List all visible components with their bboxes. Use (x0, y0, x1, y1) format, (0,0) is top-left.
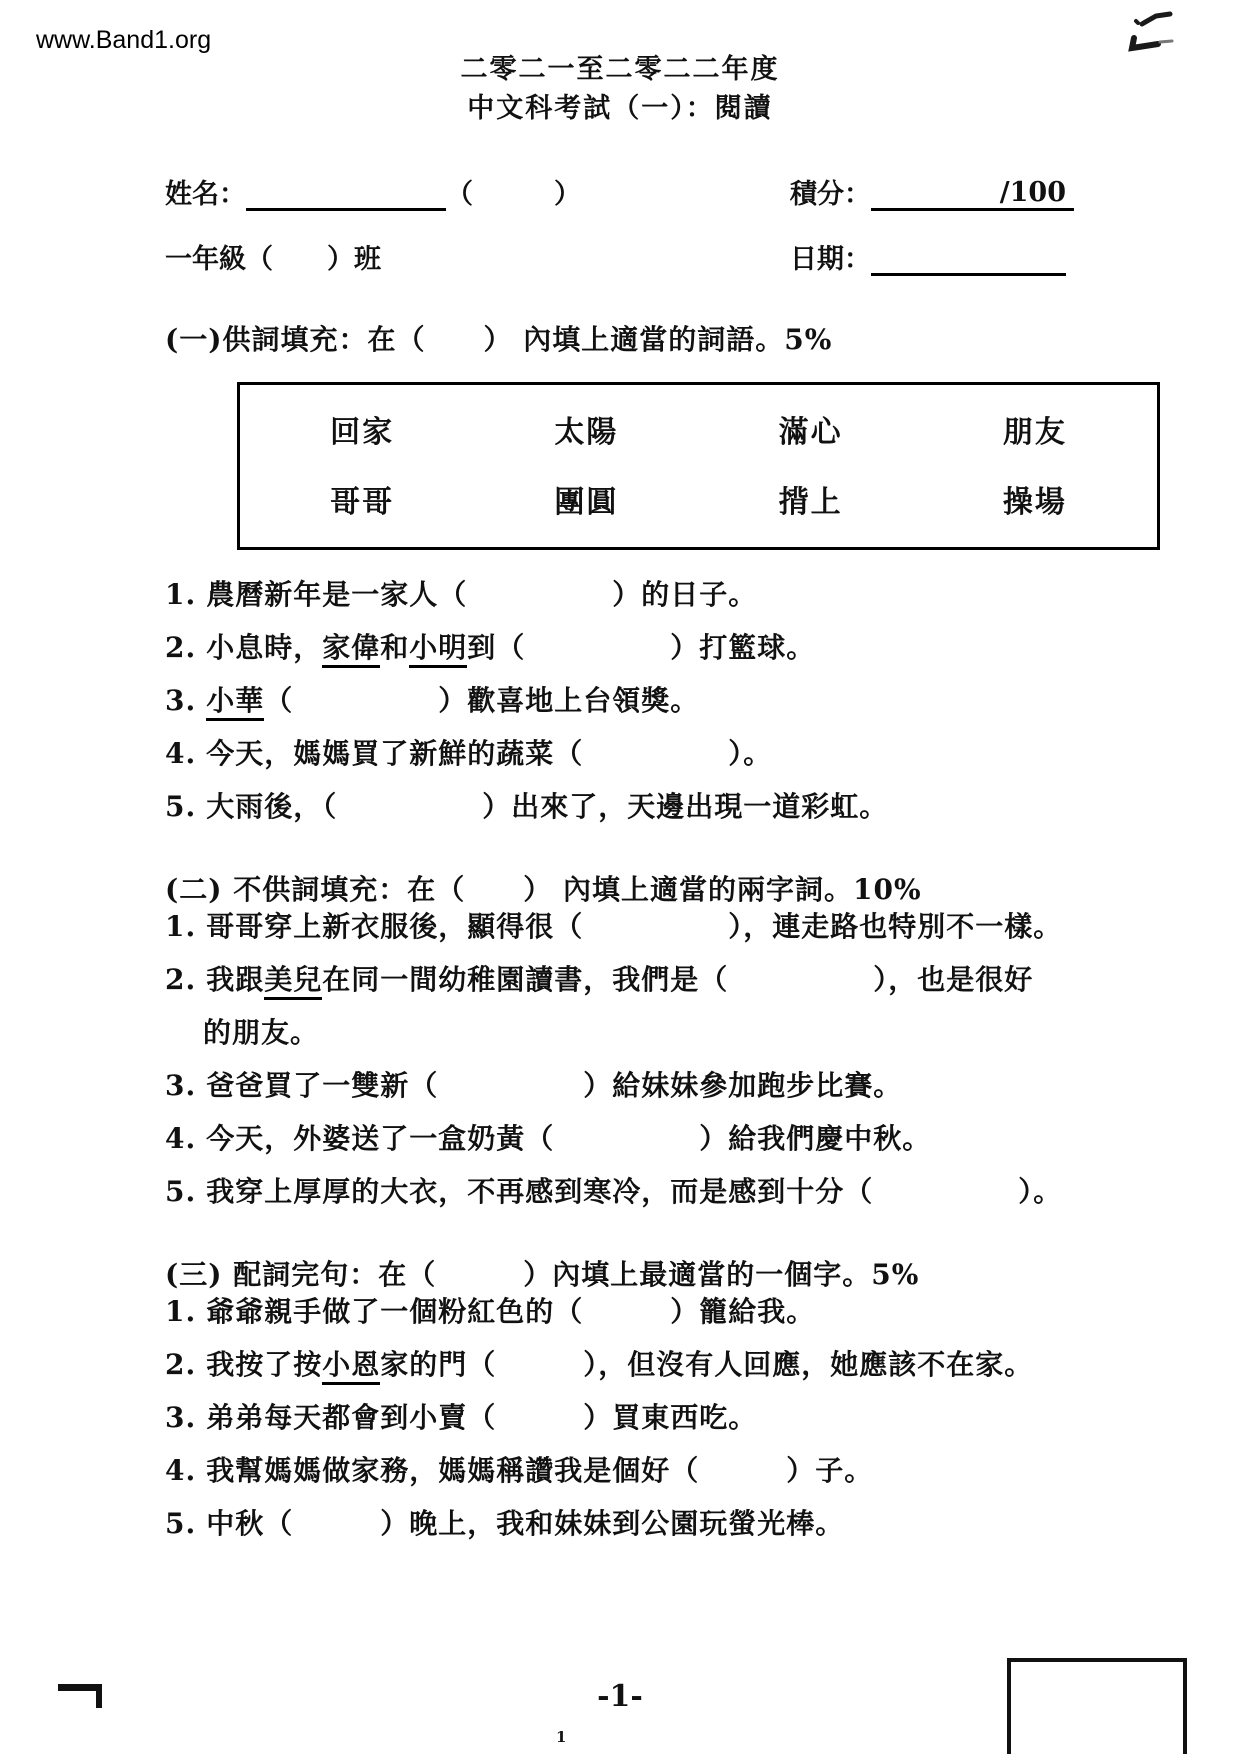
question-text: 我跟 (206, 963, 264, 996)
underlined-name: 小明 (409, 631, 467, 668)
question-number: 5. (165, 1175, 196, 1208)
question-line: 4.今天，外婆送了一盒奶黃（ ）給我們慶中秋。 (165, 1120, 1180, 1158)
word-bank-item: 回家 (330, 407, 394, 451)
word-bank-box: 回家太陽滿心朋友哥哥團圓揹上操場 (237, 382, 1160, 550)
question-line: 5.我穿上厚厚的大衣，不再感到寒冷，而是感到十分（ ）。 (165, 1173, 1180, 1211)
word-bank-item: 哥哥 (330, 477, 394, 521)
section-heading: (三) 配詞完句：在（ ）內填上最適當的一個字。5% (165, 1253, 1180, 1293)
question-line: 3.弟弟每天都會到小賣（ ）買東西吃。 (165, 1399, 1180, 1437)
word-bank-row: 回家太陽滿心朋友 (250, 407, 1147, 451)
word-bank-item: 操場 (1003, 477, 1067, 521)
score-label: 積分： (790, 172, 871, 211)
section-2: (二) 不供詞填充：在（ ） 內填上適當的兩字詞。10%1.哥哥穿上新衣服後，顯… (165, 868, 1180, 1211)
question-line: 5.大雨後，（ ）出來了，天邊出現一道彩虹。 (165, 788, 1180, 826)
question-number: 5. (165, 790, 196, 823)
exam-title: 二零二一至二零二二年度 中文科考試（一）：閱讀 (0, 0, 1240, 128)
page-number-small: 1 (556, 1728, 566, 1746)
date-blank-line (871, 242, 1066, 276)
question-number: 4. (165, 1122, 196, 1155)
question-text: 大雨後，（ ）出來了，天邊出現一道彩虹。 (206, 790, 888, 823)
question-text: 哥哥穿上新衣服後，顯得很（ ），連走路也特別不一樣。 (206, 910, 1062, 943)
question-text: 爺爺親手做了一個粉紅色的（ ）籠給我。 (206, 1295, 815, 1328)
question-line: 1.爺爺親手做了一個粉紅色的（ ）籠給我。 (165, 1293, 1180, 1331)
date-field: 日期： (790, 237, 1180, 276)
score-field: 積分： /100 (790, 172, 1180, 211)
exam-title-subject: 中文科考試（一）：閱讀 (0, 89, 1240, 128)
section-3: (三) 配詞完句：在（ ）內填上最適當的一個字。5%1.爺爺親手做了一個粉紅色的… (165, 1253, 1180, 1543)
question-line: 2.我跟美兒在同一間幼稚園讀書，我們是（ ），也是很好 (165, 961, 1180, 999)
question-number: 3. (165, 684, 196, 717)
section-1: (一)供詞填充：在（ ） 內填上適當的詞語。5%回家太陽滿心朋友哥哥團圓揹上操場… (165, 318, 1180, 826)
question-line: 3.爸爸買了一雙新（ ）給妹妹參加跑步比賽。 (165, 1067, 1180, 1105)
name-class-paren: （ ） (446, 172, 581, 211)
underlined-name: 家偉 (322, 631, 380, 668)
name-blank-line (246, 177, 446, 211)
class-label: 一年級（ ）班 (165, 237, 381, 276)
question-text: 我幫媽媽做家務，媽媽稱讚我是個好（ ）子。 (206, 1454, 873, 1487)
question-text: 到（ ）打籃球。 (467, 631, 815, 664)
scan-corner-mark (58, 1684, 102, 1708)
info-row-class-date: 一年級（ ）班 日期： (165, 237, 1180, 276)
question-text: 弟弟每天都會到小賣（ ）買東西吃。 (206, 1401, 757, 1434)
question-text: 農曆新年是一家人（ ）的日子。 (206, 578, 757, 611)
question-number: 2. (165, 631, 196, 664)
question-text: 小息時， (206, 631, 322, 664)
underlined-name: 小華 (206, 684, 264, 721)
question-line: 1.農曆新年是一家人（ ）的日子。 (165, 576, 1180, 614)
handwritten-mark-icon (1112, 10, 1182, 69)
word-bank-item: 朋友 (1003, 407, 1067, 451)
word-bank-item: 太陽 (554, 407, 618, 451)
class-field: 一年級（ ）班 (165, 237, 381, 276)
question-text: 今天，外婆送了一盒奶黃（ ）給我們慶中秋。 (206, 1122, 931, 1155)
section-heading: (一)供詞填充：在（ ） 內填上適當的詞語。5% (165, 318, 1180, 358)
question-number: 4. (165, 737, 196, 770)
question-number: 4. (165, 1454, 196, 1487)
question-text: 爸爸買了一雙新（ ）給妹妹參加跑步比賽。 (206, 1069, 902, 1102)
question-number: 2. (165, 1348, 196, 1381)
question-text: （ ）歡喜地上台領獎。 (264, 684, 699, 717)
question-text: 我按了按 (206, 1348, 322, 1381)
question-text: 今天，媽媽買了新鮮的蔬菜（ ）。 (206, 737, 772, 770)
question-text: 中秋（ ）晚上，我和妹妹到公園玩螢光棒。 (206, 1507, 844, 1540)
exam-paper-page: www.Band1.org 二零二一至二零二二年度 中文科考試（一）：閱讀 姓名… (0, 0, 1240, 1754)
question-text: 的朋友。 (203, 1016, 319, 1049)
question-line: 4.今天，媽媽買了新鮮的蔬菜（ ）。 (165, 735, 1180, 773)
question-line: 2.小息時，家偉和小明到（ ）打籃球。 (165, 629, 1180, 667)
question-number: 3. (165, 1069, 196, 1102)
question-line: 2.我按了按小恩家的門（ ），但沒有人回應，她應該不在家。 (165, 1346, 1180, 1384)
question-number: 5. (165, 1507, 196, 1540)
word-bank-item: 團圓 (554, 477, 618, 521)
question-line: 的朋友。 (165, 1014, 1180, 1052)
underlined-name: 小恩 (322, 1348, 380, 1385)
question-line: 4.我幫媽媽做家務，媽媽稱讚我是個好（ ）子。 (165, 1452, 1180, 1490)
word-bank-item: 揹上 (779, 477, 843, 521)
date-label: 日期： (790, 237, 871, 276)
question-text: 在同一間幼稚園讀書，我們是（ ），也是很好 (322, 963, 1033, 996)
score-blank-line: /100 (871, 177, 1074, 211)
name-label: 姓名： (165, 172, 246, 211)
question-line: 3.小華（ ）歡喜地上台領獎。 (165, 682, 1180, 720)
page-content: 姓名： （ ） 積分： /100 一年級（ ）班 日期： (一)供詞填充：在（ … (165, 172, 1180, 1543)
section-heading: (二) 不供詞填充：在（ ） 內填上適當的兩字詞。10% (165, 868, 1180, 908)
question-number: 2. (165, 963, 196, 996)
exam-title-year: 二零二一至二零二二年度 (0, 50, 1240, 89)
question-line: 5.中秋（ ）晚上，我和妹妹到公園玩螢光棒。 (165, 1505, 1180, 1543)
info-row-name-score: 姓名： （ ） 積分： /100 (165, 172, 1180, 211)
question-text: 和 (380, 631, 409, 664)
question-number: 1. (165, 910, 196, 943)
question-number: 3. (165, 1401, 196, 1434)
question-number: 1. (165, 1295, 196, 1328)
score-box-outline (1007, 1658, 1187, 1754)
word-bank-item: 滿心 (779, 407, 843, 451)
question-text: 家的門（ ），但沒有人回應，她應該不在家。 (380, 1348, 1033, 1381)
word-bank-row: 哥哥團圓揹上操場 (250, 477, 1147, 521)
question-text: 我穿上厚厚的大衣，不再感到寒冷，而是感到十分（ ）。 (206, 1175, 1062, 1208)
sections: (一)供詞填充：在（ ） 內填上適當的詞語。5%回家太陽滿心朋友哥哥團圓揹上操場… (165, 318, 1180, 1543)
question-line: 1.哥哥穿上新衣服後，顯得很（ ），連走路也特別不一樣。 (165, 908, 1180, 946)
question-number: 1. (165, 578, 196, 611)
watermark-url: www.Band1.org (36, 26, 211, 55)
underlined-name: 美兒 (264, 963, 322, 1000)
name-field: 姓名： （ ） (165, 172, 581, 211)
